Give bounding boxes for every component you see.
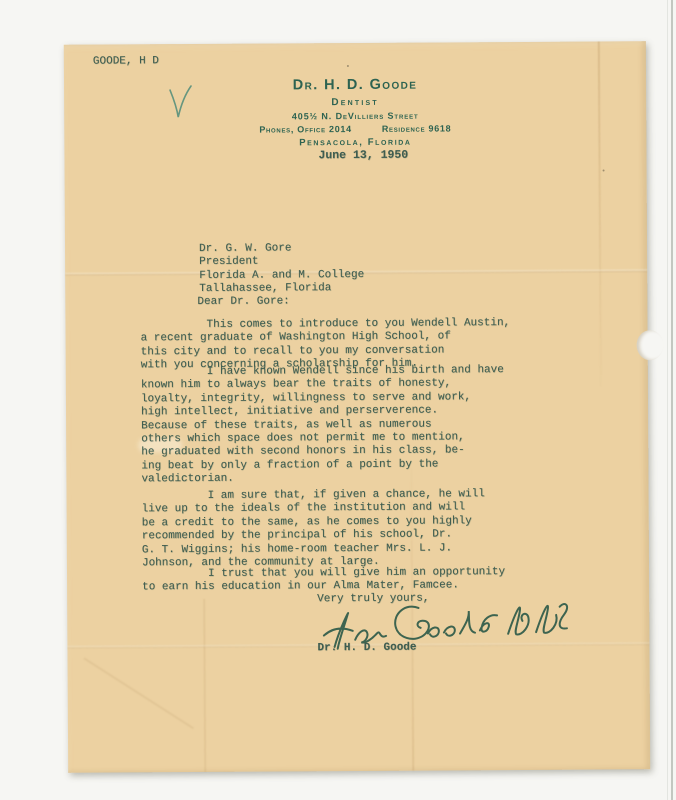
letterhead-phone-residence: Residence 9618 (382, 123, 452, 133)
letterhead: Dr. H. D. Goode Dentist 405½ N. DeVillie… (64, 75, 646, 150)
recipient-address: Dr. G. W. Gore President Florida A. and … (199, 242, 364, 297)
dust-speck (347, 65, 349, 67)
letter-page: GOODE, H D Dr. H. D. Goode Dentist 405½ … (64, 41, 650, 773)
letterhead-city: Pensacola, Florida (64, 135, 646, 150)
scanner-edge-line-faint (667, 0, 668, 800)
letterhead-name: Dr. H. D. Goode (64, 75, 646, 95)
letterhead-street: 405½ N. DeVilliers Street (64, 109, 646, 123)
scanner-edge-line (671, 0, 673, 800)
typed-signature-name: Dr. H. D. Goode (317, 642, 416, 656)
letter-date: June 13, 1950 (318, 149, 408, 163)
torn-edge-notch (637, 330, 664, 360)
ink-dot (603, 169, 605, 171)
filing-annotation: GOODE, H D (93, 55, 159, 69)
vertical-fold-crease-left (203, 599, 206, 772)
salutation: Dear Dr. Gore: (197, 295, 290, 309)
body-paragraph-2: I have known Wendell since his birth and… (141, 364, 505, 487)
diagonal-crease-bottom-left (83, 657, 194, 729)
body-paragraph-3: I am sure that, if given a chance, he wi… (142, 488, 486, 571)
letterhead-phones: Phones, Office 2014 Residence 9618 (64, 122, 646, 136)
letterhead-phone-office: Phones, Office 2014 (259, 124, 352, 135)
letterhead-title: Dentist (64, 95, 646, 110)
